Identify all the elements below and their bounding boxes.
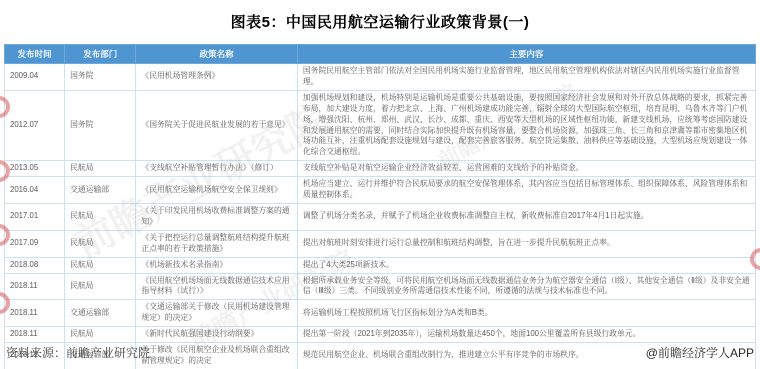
cell-content: 国务院民用航空主管部门依法对全国民用机场实施行业监督管理，地区民用航空管理机构依… [297,64,755,91]
cell-content: 调整了机场分类名录，并赋予了机场企业收费标准调整自主权，新收费标准自2017年4… [297,203,755,230]
cell-date: 2018.08 [5,257,65,273]
cell-policy: 《国务院关于促进民航业发展的若干意见》 [136,90,297,160]
cell-policy: 《关于把控运行总量调整航班结构提升航班正点率的若干政策措施》 [136,230,297,257]
table-row: 2009.04 国务院 《民用机场管理条例》 国务院民用航空主管部门依法对全国民… [5,64,756,91]
cell-dept: 民航局 [65,230,136,257]
table-row: 2017.09 民航局 《关于把控运行总量调整航班结构提升航班正点率的若干政策措… [5,230,756,257]
cell-policy: 《民用航空运输机场航空安全保卫规则》 [136,177,297,204]
cell-content: 提出第一阶段（2021年到2035年），运输机场数量达450个，地面100公里覆… [297,327,755,343]
cell-dept: 民航局 [65,161,136,177]
cell-dept: 民航局 [65,273,136,300]
cell-date: 2017.09 [5,230,65,257]
cell-date: 2009.04 [5,64,65,91]
table-row: 2012.07 国务院 《国务院关于促进民航业发展的若干意见》 加强机场规划和建… [5,90,756,160]
figure-footer: 资料来源：前瞻产业研究院 @前瞻经济学人APP [6,344,754,361]
col-header-date: 发布时间 [5,45,65,64]
cell-content: 根据所承载业务安全等级，可将民用航空机场场面无线数据通信业务分为航空器安全通信（… [297,273,755,300]
cell-content: 提出对航班时刻安排进行运行总量控制和航班结构调整，旨在进一步提升民航航班正点率。 [297,230,755,257]
cell-date: 2018.11 [5,273,65,300]
figure-page: 图表5：中国民用航空运输行业政策背景(一) 发布时间 发布部门 政策名称 主要内… [0,0,760,369]
table-row: 2018.08 民航局 《机场新技术名录指南》 提出了4大类25项新技术。 [5,257,756,273]
cell-policy: 《机场新技术名录指南》 [136,257,297,273]
cell-dept: 民航局 [65,257,136,273]
cell-dept: 交通运输部 [65,300,136,327]
cell-content: 将运输机场工程按照机场飞行区指标划分为A类和B类。 [297,300,755,327]
cell-policy: 《民用机场管理条例》 [136,64,297,91]
cell-policy: 《新时代民航强国建设行动纲要》 [136,327,297,343]
cell-policy: 《支线航空补贴管理暂行办法》（修订） [136,161,297,177]
cell-dept: 交通运输部 [65,177,136,204]
table-row: 2016.04 交通运输部 《民用航空运输机场航空安全保卫规则》 机场应当建立、… [5,177,756,204]
cell-policy: 《交通运输部关于修改（民用机场建设管理规定）的决定》 [136,300,297,327]
cell-date: 2018.11 [5,327,65,343]
cell-dept: 国务院 [65,90,136,160]
cell-content: 提出了4大类25项新技术。 [297,257,755,273]
table-header-row: 发布时间 发布部门 政策名称 主要内容 [5,45,756,64]
col-header-policy: 政策名称 [136,45,297,64]
cell-date: 2012.07 [5,90,65,160]
cell-date: 2017.01 [5,203,65,230]
cell-content: 机场应当建立、运行并维护符合民航局要求的航空安保管理体系，其内容应当包括目标管理… [297,177,755,204]
cell-dept: 民航局 [65,327,136,343]
figure-title: 图表5：中国民用航空运输行业政策背景(一) [0,0,760,32]
source-note: 资料来源：前瞻产业研究院 [6,344,150,361]
table-row: 2018.11 民航局 《民用航空机场场面无线数据通信技术应用指导材料（试行）》… [5,273,756,300]
table-row: 2013.05 民航局 《支线航空补贴管理暂行办法》（修订） 支线航空补贴是对航… [5,161,756,177]
table-row: 2018.11 交通运输部 《交通运输部关于修改（民用机场建设管理规定）的决定》… [5,300,756,327]
cell-policy: 《关于印发民用机场收费标准调整方案的通知》 [136,203,297,230]
table-row: 2017.01 民航局 《关于印发民用机场收费标准调整方案的通知》 调整了机场分… [5,203,756,230]
col-header-content: 主要内容 [297,45,755,64]
cell-date: 2013.05 [5,161,65,177]
cell-date: 2016.04 [5,177,65,204]
cell-dept: 国务院 [65,64,136,91]
cell-date: 2018.11 [5,300,65,327]
cell-content: 加强机场规划和建设，机场特别是运输机场是重要公共基础设施，要按照国家经济社会发展… [297,90,755,160]
col-header-dept: 发布部门 [65,45,136,64]
policy-table: 发布时间 发布部门 政策名称 主要内容 2009.04 国务院 《民用机场管理条… [4,44,756,369]
cell-dept: 民航局 [65,203,136,230]
app-attribution: @前瞻经济学人APP [646,344,754,361]
cell-content: 支线航空补贴是对航空运输企业经济效益较差、运营困难的支线给予的补贴资金。 [297,161,755,177]
table-row: 2018.11 民航局 《新时代民航强国建设行动纲要》 提出第一阶段（2021年… [5,327,756,343]
cell-policy: 《民用航空机场场面无线数据通信技术应用指导材料（试行）》 [136,273,297,300]
